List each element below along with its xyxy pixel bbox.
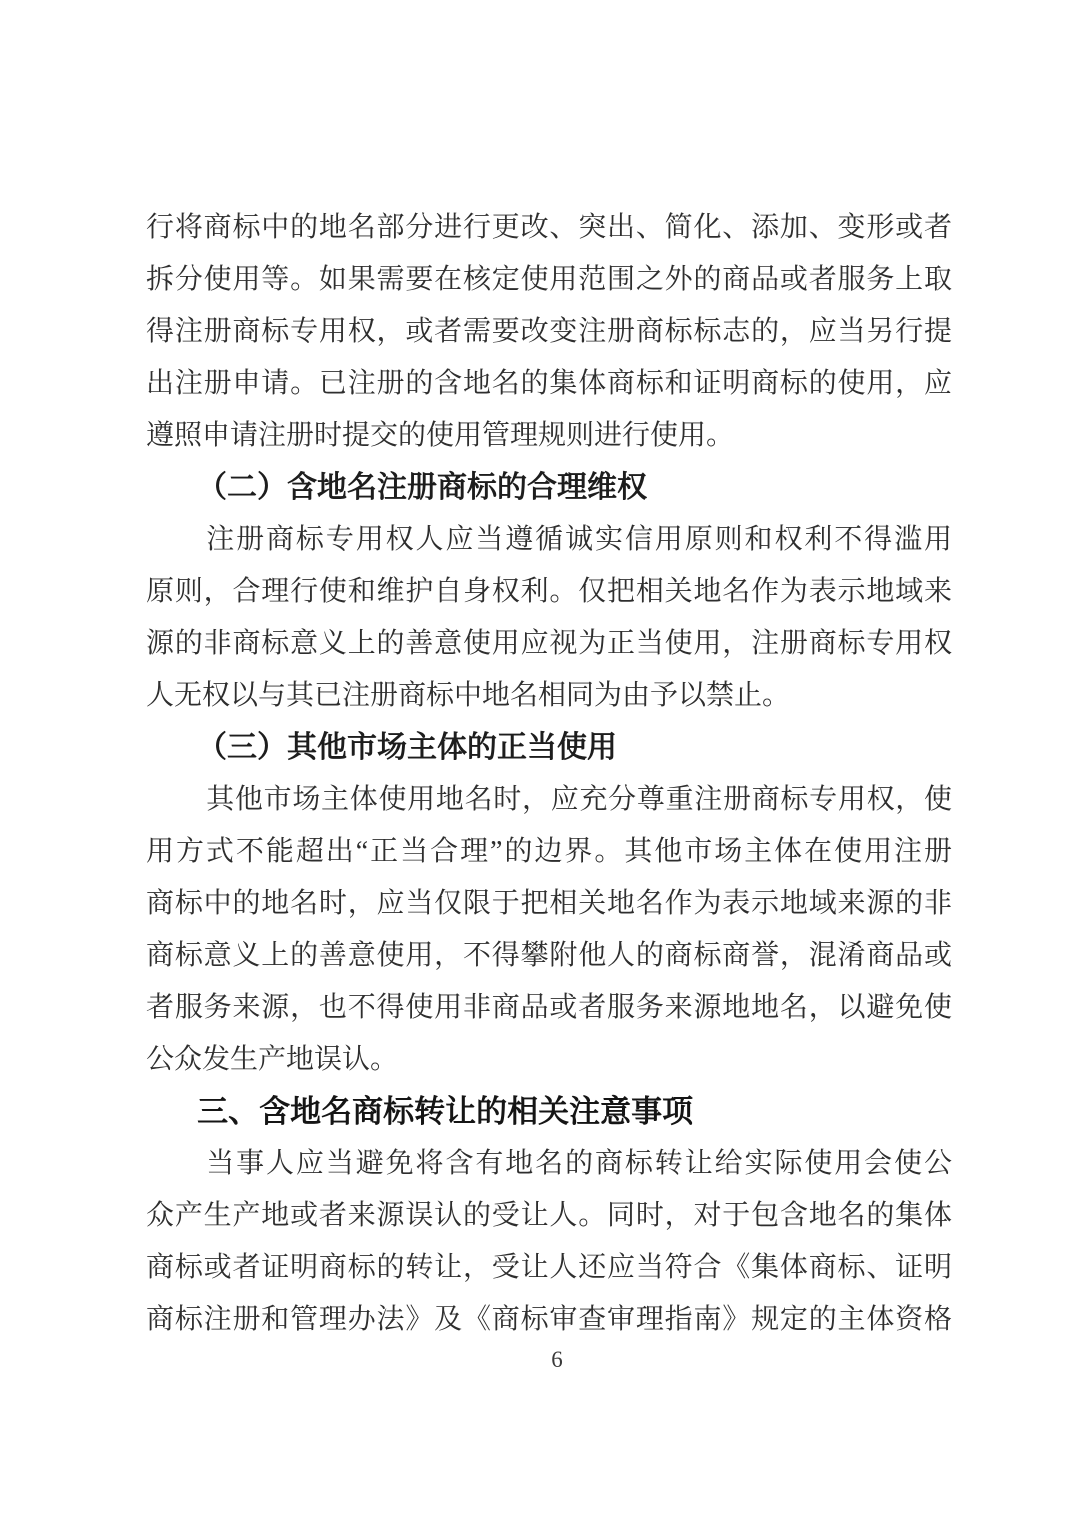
body-line: 者服务来源，也不得使用非商品或者服务来源地地名，以避免使 — [146, 982, 952, 1034]
body-line: 公众发生产地误认。 — [146, 1034, 952, 1086]
body-line: 行将商标中的地名部分进行更改、突出、简化、添加、变形或者 — [146, 202, 952, 254]
body-line: 当事人应当避免将含有地名的商标转让给实际使用会使公 — [146, 1138, 952, 1190]
body-line: 拆分使用等。如果需要在核定使用范围之外的商品或者服务上取 — [146, 254, 952, 306]
chapter-heading: 三、含地名商标转让的相关注意事项 — [146, 1086, 952, 1138]
document-body: 行将商标中的地名部分进行更改、突出、简化、添加、变形或者 拆分使用等。如果需要在… — [146, 202, 952, 1346]
body-line: 原则，合理行使和维护自身权利。仅把相关地名作为表示地域来 — [146, 566, 952, 618]
body-line: 得注册商标专用权，或者需要改变注册商标标志的，应当另行提 — [146, 306, 952, 358]
body-line: 用方式不能超出“正当合理”的边界。其他市场主体在使用注册 — [146, 826, 952, 878]
body-line: 商标注册和管理办法》及《商标审查审理指南》规定的主体资格 — [146, 1294, 952, 1346]
page-number: 6 — [0, 1340, 1080, 1380]
body-line: 源的非商标意义上的善意使用应视为正当使用，注册商标专用权 — [146, 618, 952, 670]
body-line: 注册商标专用权人应当遵循诚实信用原则和权利不得滥用 — [146, 514, 952, 566]
body-line: 出注册申请。已注册的含地名的集体商标和证明商标的使用，应 — [146, 358, 952, 410]
body-line: 商标中的地名时，应当仅限于把相关地名作为表示地域来源的非 — [146, 878, 952, 930]
document-page: 行将商标中的地名部分进行更改、突出、简化、添加、变形或者 拆分使用等。如果需要在… — [0, 0, 1080, 1526]
body-line: 商标意义上的善意使用，不得攀附他人的商标商誉，混淆商品或 — [146, 930, 952, 982]
section-heading-2: （二）含地名注册商标的合理维权 — [146, 462, 952, 514]
body-line: 商标或者证明商标的转让，受让人还应当符合《集体商标、证明 — [146, 1242, 952, 1294]
body-line: 其他市场主体使用地名时，应充分尊重注册商标专用权，使 — [146, 774, 952, 826]
body-line: 人无权以与其已注册商标中地名相同为由予以禁止。 — [146, 670, 952, 722]
body-line: 遵照申请注册时提交的使用管理规则进行使用。 — [146, 410, 952, 462]
body-line: 众产生产地或者来源误认的受让人。同时，对于包含地名的集体 — [146, 1190, 952, 1242]
section-heading-3: （三）其他市场主体的正当使用 — [146, 722, 952, 774]
